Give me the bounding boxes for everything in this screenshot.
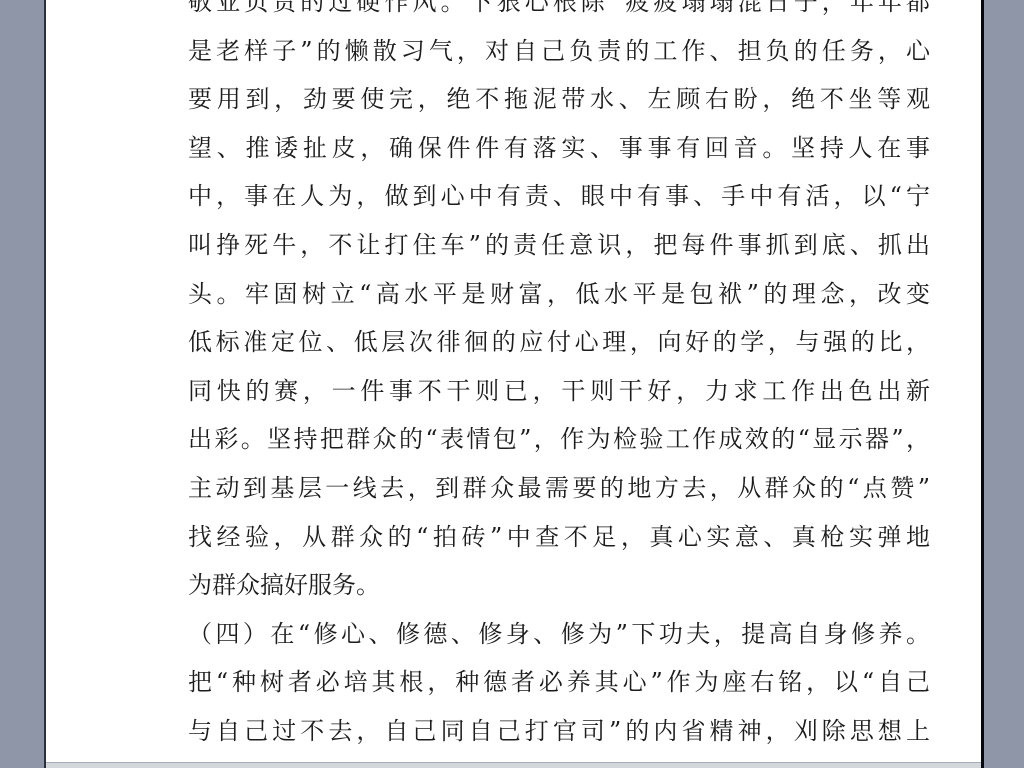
text-line: 与自己过不去，自己同自己打官司”的内省精神，刈除思想上 (188, 707, 930, 756)
document-page: 敬业负责的过硬作风。下狠心根除“疲疲塌塌混日子，年年都是老样子”的懒散习气，对自… (46, 0, 981, 763)
text-line: 头。牢固树立“高水平是财富，低水平是包袱”的理念，改变 (188, 270, 930, 319)
text-line: 同快的赛，一件事不干则已，干则干好，力求工作出色出新 (188, 367, 930, 416)
text-line: 把“种树者必培其根，种德者必养其心”作为座右铭，以“自己 (188, 658, 930, 707)
page-border-right (981, 0, 984, 768)
viewer-background: 敬业负责的过硬作风。下狠心根除“疲疲塌塌混日子，年年都是老样子”的懒散习气，对自… (0, 0, 1024, 768)
text-line: 为群众搞好服务。 (188, 561, 930, 610)
text-line: 要用到，劲要使完，绝不拖泥带水、左顾右盼，绝不坐等观 (188, 75, 930, 124)
text-line: 是老样子”的懒散习气，对自己负责的工作、担负的任务，心 (188, 27, 930, 76)
text-line: 主动到基层一线去，到群众最需要的地方去，从群众的“点赞” (188, 464, 930, 513)
text-line: （四）在“修心、修德、修身、修为”下功夫，提高自身修养。 (188, 610, 930, 659)
document-text: 敬业负责的过硬作风。下狠心根除“疲疲塌塌混日子，年年都是老样子”的懒散习气，对自… (188, 0, 930, 756)
text-line: 敬业负责的过硬作风。下狠心根除“疲疲塌塌混日子，年年都 (188, 0, 930, 27)
text-line: 找经验，从群众的“拍砖”中查不足，真心实意、真枪实弹地 (188, 513, 930, 562)
text-line: 望、推诿扯皮，确保件件有落实、事事有回音。坚持人在事 (188, 124, 930, 173)
text-line: 叫挣死牛，不让打住车”的责任意识，把每件事抓到底、抓出 (188, 221, 930, 270)
text-line: 中，事在人为，做到心中有责、眼中有事、手中有活，以“宁 (188, 172, 930, 221)
text-line: 低标准定位、低层次徘徊的应付心理，向好的学，与强的比， (188, 318, 930, 367)
text-line: 出彩。坚持把群众的“表情包”，作为检验工作成效的“显示器”， (188, 415, 930, 464)
page-bottom-gap (46, 763, 981, 768)
page-border-left (44, 0, 46, 768)
